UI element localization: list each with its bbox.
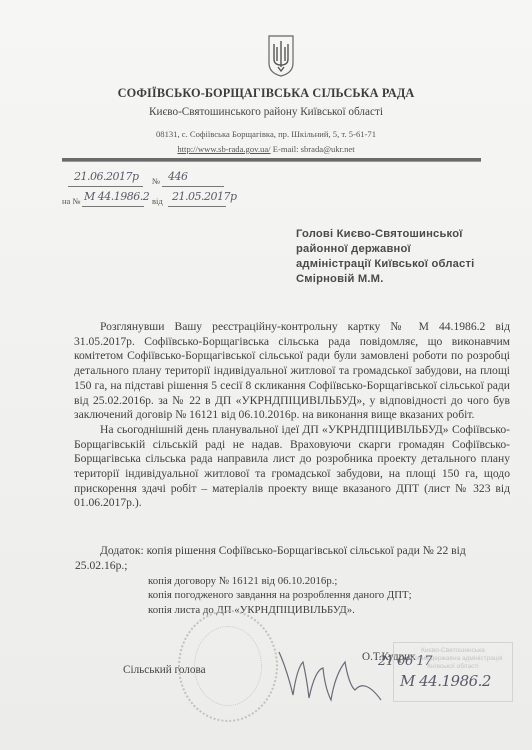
email-address[interactable]: sbrada@ukr.net xyxy=(301,144,355,154)
outgoing-date: 21.06.2017р xyxy=(74,170,139,183)
reply-to-date: 21.05.2017р xyxy=(172,190,237,203)
reply-to-label: на № xyxy=(62,196,81,206)
trident-coat-of-arms-icon xyxy=(268,35,294,77)
reply-underline xyxy=(82,206,144,207)
addressee-block: Голові Києво-Святошинської районної держ… xyxy=(296,227,526,287)
from-label: від xyxy=(152,196,163,206)
email-label: E-mail: xyxy=(273,144,299,154)
organization-address: 08131, с. Софіївська Борщагівка, пр. Шкі… xyxy=(0,129,532,139)
addressee-line: Смірновій М.М. xyxy=(296,272,526,287)
addressee-line: районної державної xyxy=(296,242,526,257)
number-underline xyxy=(162,186,224,187)
date-underline xyxy=(68,186,143,187)
outgoing-number: 446 xyxy=(168,170,188,183)
attachments-list: Додаток: копія рішення Софіївсько-Борщаг… xyxy=(75,544,515,618)
signatory-title: Сільський голова xyxy=(123,664,206,676)
incoming-date: 21 06 17 xyxy=(378,654,432,669)
reply-to-number: М 44.1986.2 xyxy=(84,190,149,203)
addressee-line: Голові Києво-Святошинської xyxy=(296,227,526,242)
number-label: № xyxy=(152,176,160,186)
body-paragraph: На сьогоднішній день планувальної ідеї Д… xyxy=(74,423,510,511)
organization-contacts: http://www.sb-rada.gov.ua/ E-mail: sbrad… xyxy=(0,144,532,154)
incoming-number: М 44.1986.2 xyxy=(400,672,491,690)
addressee-line: адміністрації Київської області xyxy=(296,257,526,272)
attachment-item: копія договору № 16121 від 06.10.2016р.; xyxy=(75,574,515,589)
organization-name: СОФІЇВСЬКО-БОРЩАГІВСЬКА СІЛЬСЬКА РАДА xyxy=(0,86,532,101)
organization-district: Києво-Святошинського району Київської об… xyxy=(0,106,532,118)
website-link[interactable]: http://www.sb-rada.gov.ua/ xyxy=(177,144,270,154)
attachment-item: копія погодженого завдання на розробленн… xyxy=(75,588,515,603)
letter-page: СОФІЇВСЬКО-БОРЩАГІВСЬКА СІЛЬСЬКА РАДА Ки… xyxy=(0,0,532,750)
attachment-item: копія листа до ДП «УКРНДПІЦИВІЛЬБУД». xyxy=(75,603,515,618)
attachment-first: Додаток: копія рішення Софіївсько-Борщаг… xyxy=(75,544,515,574)
letterhead-divider xyxy=(62,158,481,162)
from-date-underline xyxy=(168,206,226,207)
body-paragraph: Розглянувши Вашу реєстраційну-контрольну… xyxy=(74,320,510,423)
letter-body: Розглянувши Вашу реєстраційну-контрольну… xyxy=(74,320,510,511)
